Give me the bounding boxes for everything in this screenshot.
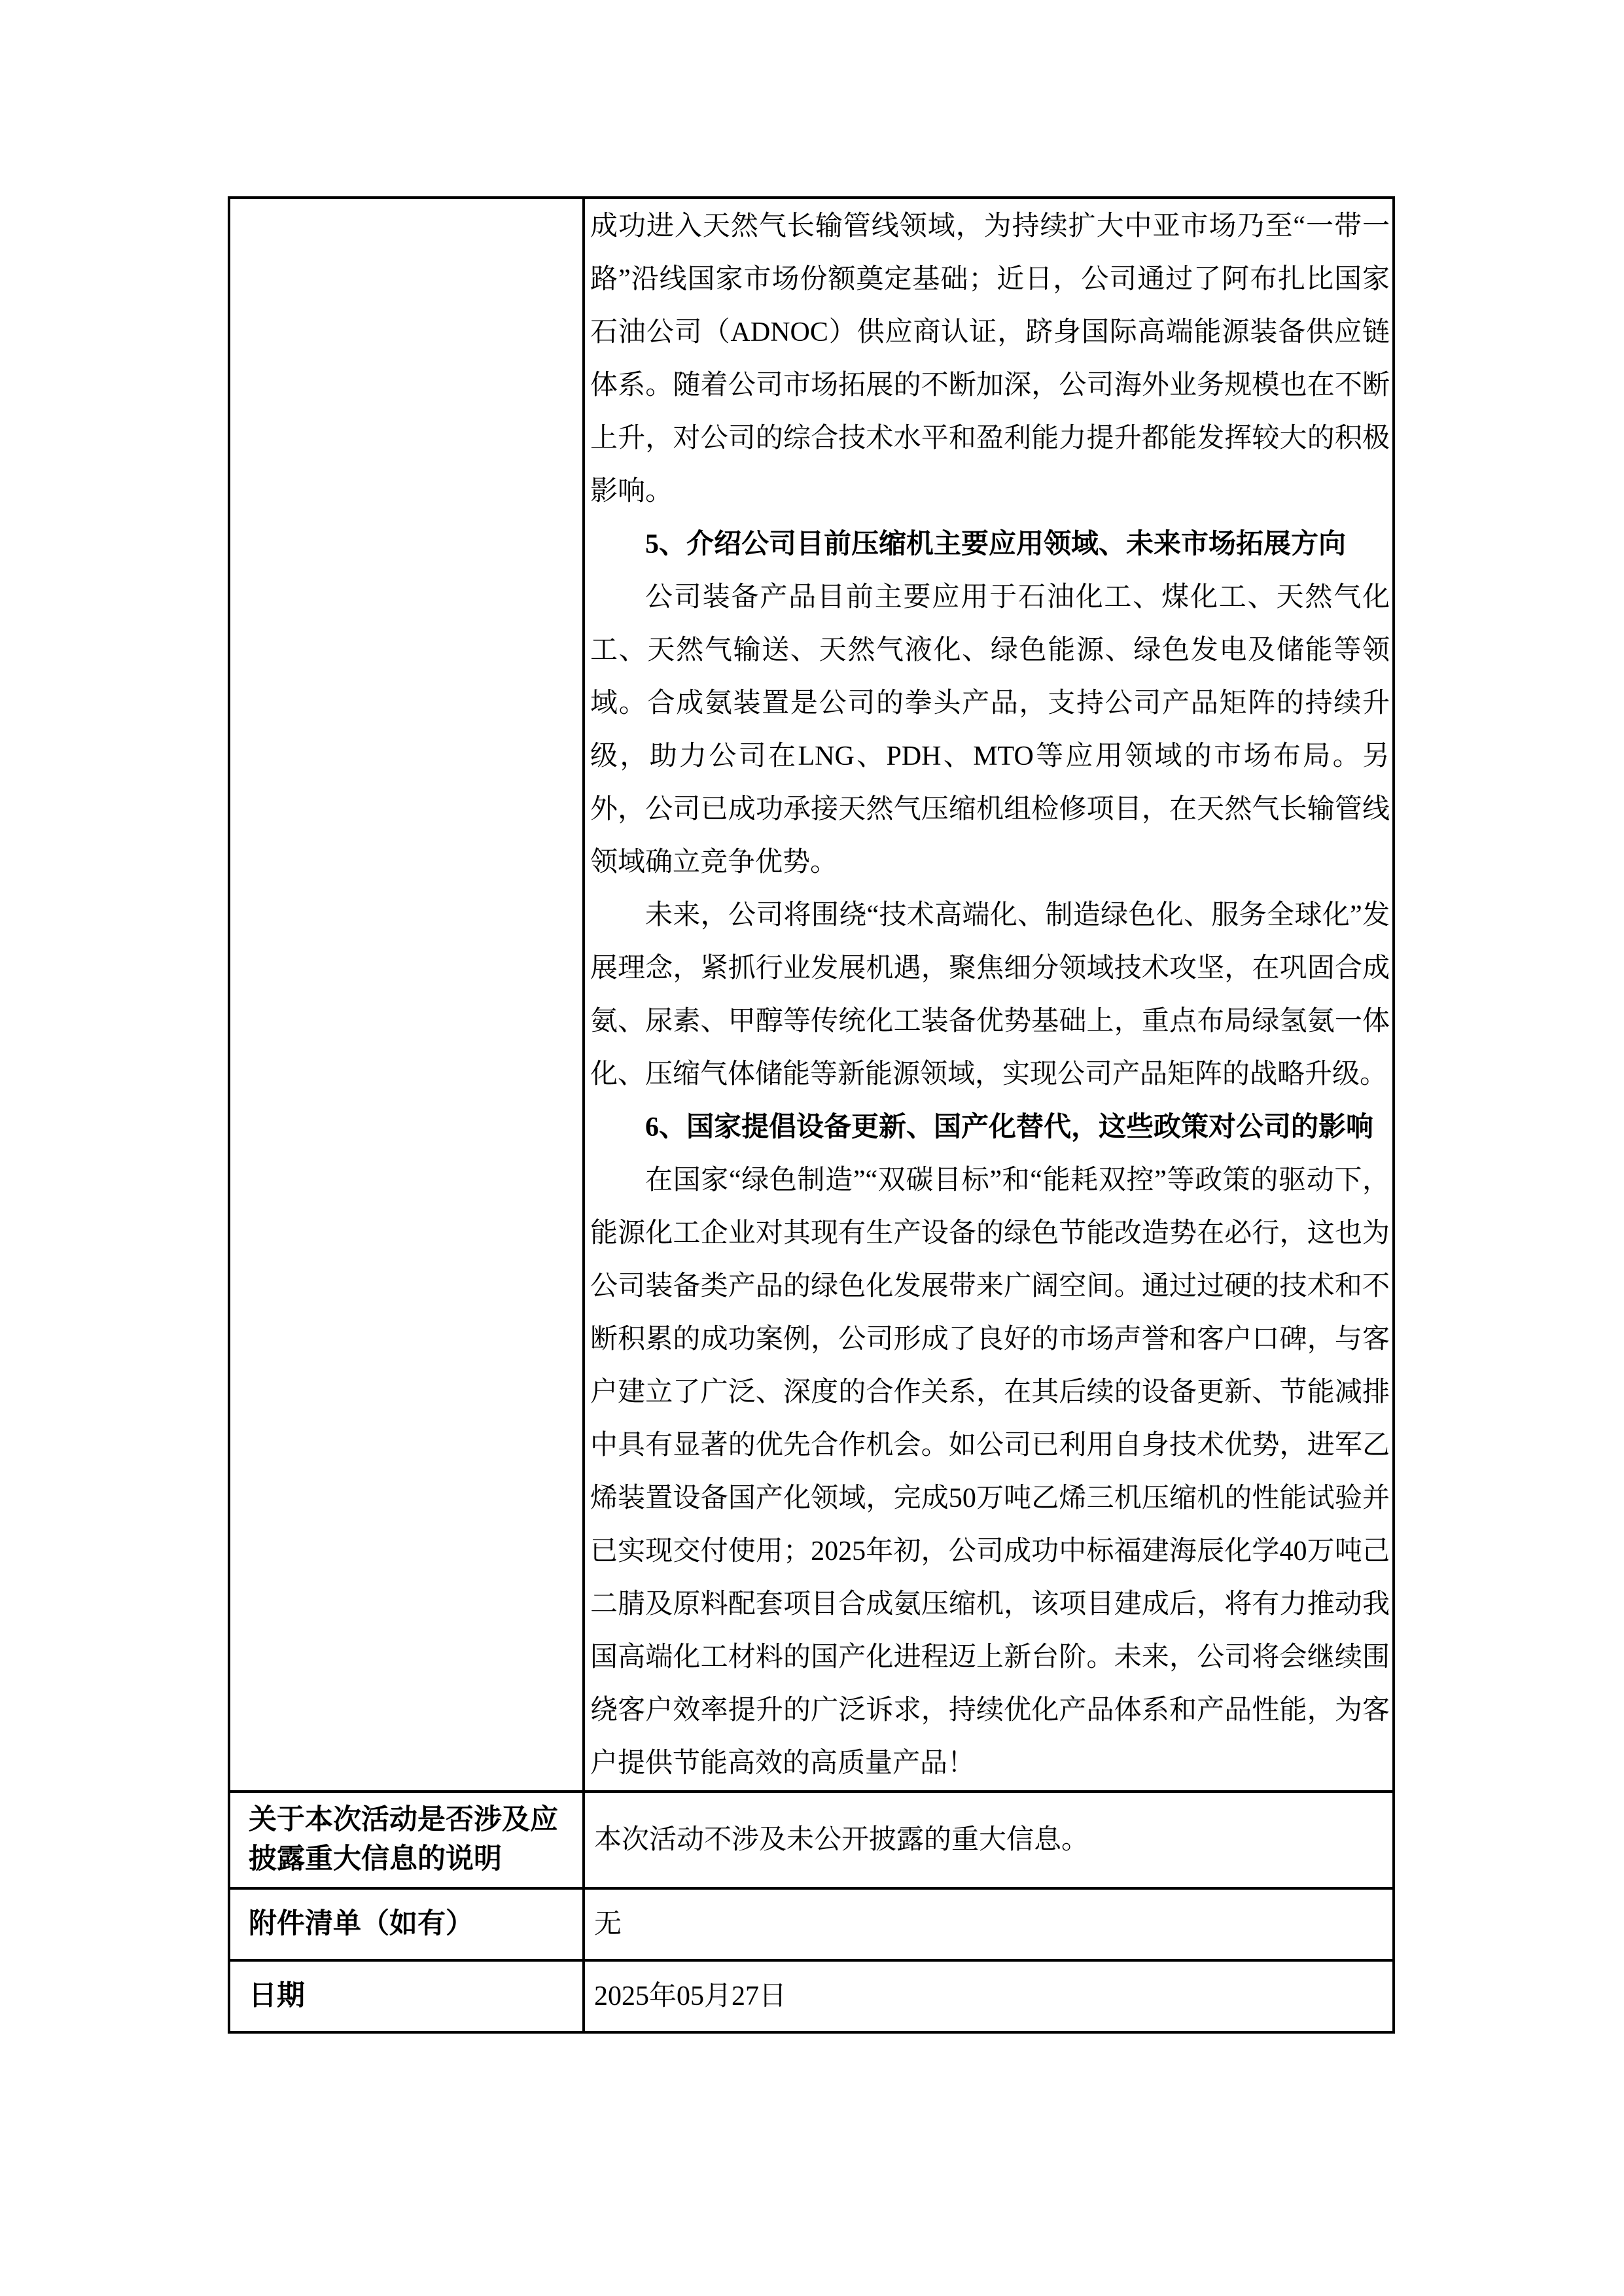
table-row-disclosure-note: 关于本次活动是否涉及应披露重大信息的说明 本次活动不涉及未公开披露的重大信息。 xyxy=(229,1792,1394,1888)
table-row-main: 成功进入天然气长输管线领域，为持续扩大中亚市场乃至“一带一路”沿线国家市场份额奠… xyxy=(229,198,1394,1792)
disclosure-note-label: 关于本次活动是否涉及应披露重大信息的说明 xyxy=(229,1792,584,1888)
date-value: 2025年05月27日 xyxy=(584,1960,1394,2032)
table-row-attachment-list: 附件清单（如有） 无 xyxy=(229,1888,1394,1960)
disclosure-note-value: 本次活动不涉及未公开披露的重大信息。 xyxy=(584,1792,1394,1888)
ir-activity-record-table: 成功进入天然气长输管线领域，为持续扩大中亚市场乃至“一带一路”沿线国家市场份额奠… xyxy=(228,196,1395,2034)
table-row-date: 日期 2025年05月27日 xyxy=(229,1960,1394,2032)
paragraph-answer-5a: 公司装备产品目前主要应用于石油化工、煤化工、天然气化工、天然气输送、天然气液化、… xyxy=(590,571,1390,889)
main-row-label-cell-empty xyxy=(229,198,584,1792)
main-content-cell: 成功进入天然气长输管线领域，为持续扩大中亚市场乃至“一带一路”沿线国家市场份额奠… xyxy=(584,198,1394,1792)
document-page: 成功进入天然气长输管线领域，为持续扩大中亚市场乃至“一带一路”沿线国家市场份额奠… xyxy=(0,0,1624,2296)
question-heading-6: 6、国家提倡设备更新、国产化替代，这些政策对公司的影响 xyxy=(590,1101,1390,1154)
date-label: 日期 xyxy=(229,1960,584,2032)
attachment-list-label: 附件清单（如有） xyxy=(229,1888,584,1960)
question-heading-5: 5、介绍公司目前压缩机主要应用领域、未来市场拓展方向 xyxy=(590,518,1390,571)
paragraph-answer-5b: 未来，公司将围绕“技术高端化、制造绿色化、服务全球化”发展理念，紧抓行业发展机遇… xyxy=(590,889,1390,1101)
attachment-list-value: 无 xyxy=(584,1888,1394,1960)
paragraph-answer-6: 在国家“绿色制造”“双碳目标”和“能耗双控”等政策的驱动下，能源化工企业对其现有… xyxy=(590,1154,1390,1790)
paragraph-continuation: 成功进入天然气长输管线领域，为持续扩大中亚市场乃至“一带一路”沿线国家市场份额奠… xyxy=(590,200,1390,518)
